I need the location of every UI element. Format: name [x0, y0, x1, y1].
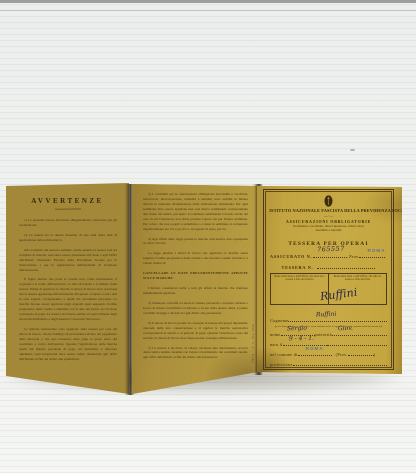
- nome-label: nome: [270, 332, 281, 337]
- title-divider: —·—: [268, 214, 389, 217]
- photo-backdrop: AVVERTENZE 1) La presente tessera dev'es…: [0, 0, 416, 473]
- professione-row: professione: [270, 360, 387, 367]
- nato-field-extra: [327, 340, 387, 346]
- prov-label: , Prov.: [347, 254, 360, 259]
- comune-field: ROMA: [298, 350, 332, 356]
- fascio-emblem-icon: [324, 195, 333, 207]
- panel-avvertenze: AVVERTENZE 1) La presente tessera dev'es…: [6, 183, 129, 397]
- avvertenze-paragraph-3: Alla scadenza del periodo suddetto, anch…: [19, 248, 117, 273]
- cognome-label: Cognome: [270, 318, 288, 323]
- backdrop-seam-line: [0, 10, 416, 11]
- nome-row: nome Sergio paternità Giov.: [270, 330, 387, 337]
- assicurato-number-field: 765557: [313, 252, 347, 258]
- avvertenze-paragraph-4: Il foglio interno che porta le caselle r…: [19, 277, 117, 321]
- card-content: ISTITUTO NAZIONALE FASCISTA DELLA PREVID…: [268, 192, 389, 367]
- cognome-row: Cognome Ruffini: [270, 316, 387, 323]
- nato-row: nato il 9 - 4 - 1.: [270, 340, 387, 347]
- avvertenze-paragraph-6: 3) I contributi per le assicurazioni obb…: [143, 192, 248, 232]
- avvertenze-paragraph-1: 1) La presente tessera dev'essere dilige…: [19, 218, 117, 228]
- prov2-field: [348, 350, 374, 356]
- avvertenze-paragraph-9: L'Istituto considererà nulle a tutti gli…: [143, 286, 248, 296]
- panel-avvertenze-continued: 3) I contributi per le assicurazioni obb…: [132, 183, 258, 397]
- comune-label: nel comune di: [270, 352, 298, 357]
- prov-stamp: ROMA: [367, 248, 385, 253]
- avvertenze-title: AVVERTENZE: [14, 197, 121, 205]
- insurance-types-line2: nuzialità e natalità: [268, 228, 389, 232]
- tessera-number-field: [317, 263, 375, 269]
- avvertenze-warning-caps: CANCELLARE LE DATE PRECEDENTEMENTE APPOS…: [143, 271, 248, 281]
- assicurato-label: ASSICURATO N.: [270, 254, 313, 259]
- comune-stamp: ROMA: [306, 346, 324, 351]
- avvertenze-paragraph-12: 7) La tessera è un titolo di valore; avv…: [143, 346, 248, 361]
- tessera-number-label: TESSERA N.: [282, 265, 314, 270]
- card-border-frame: ISTITUTO NAZIONALE FASCISTA DELLA PREVID…: [263, 189, 394, 370]
- cognome-handwritten: Ruffini: [316, 310, 337, 318]
- bollo-rilascio-cell: Bollo della Sede o dell'Ufficio che rila…: [271, 274, 328, 304]
- avvertenze-paragraph-5: Le marche assicurative sono applicate su…: [19, 327, 117, 362]
- prov2-label: (Prov.: [336, 352, 348, 357]
- dust-speck: [350, 149, 355, 151]
- avvertenze-paragraph-8: La legge punisce i datori di lavoro che …: [143, 251, 248, 266]
- prov2-close: ): [374, 352, 376, 357]
- backdrop-top-edge: [0, 0, 416, 3]
- tessera-document: AVVERTENZE 1) La presente tessera dev'es…: [6, 183, 402, 397]
- avvertenze-paragraph-2: 2) La tessera ha la durata massima di du…: [19, 233, 117, 243]
- nato-label: nato il: [270, 342, 283, 347]
- paternita-field: Giov.: [332, 330, 387, 336]
- professione-field: [293, 360, 387, 366]
- title-flourish: [54, 207, 80, 209]
- avvertenze-paragraph-10: 5) Chiunque contraffà od altera le tesse…: [143, 301, 248, 316]
- comune-row: nel comune di ROMA (Prov. ): [270, 350, 387, 357]
- avvertenze-paragraph-11: 6) Il datore di lavoro prende in consegn…: [143, 321, 248, 341]
- assicurato-row: ASSICURATO N. 765557 , Prov. ROMA: [270, 252, 387, 259]
- assicurato-number-handwritten: 765557: [316, 244, 344, 253]
- paternita-label: paternità: [315, 332, 332, 337]
- professione-label: professione: [270, 362, 293, 367]
- institute-title: ISTITUTO NAZIONALE FASCISTA DELLA PREVID…: [269, 208, 388, 213]
- nome-handwritten: Sergio: [286, 324, 306, 332]
- avvertenze-paragraph-7: 4) Agli effetti della legge penale le ma…: [143, 237, 248, 247]
- form-model-label: Mod. O. 1: [378, 182, 392, 186]
- paternita-handwritten: Giov.: [338, 324, 353, 332]
- panel-card-front: Mod. O. 1 ISTITUTO NAZIONALE FASCISTA DE…: [257, 183, 402, 397]
- cognome-field: Ruffini: [288, 316, 387, 322]
- prov-field: ROMA: [359, 252, 385, 258]
- tessera-number-row: TESSERA N.: [270, 263, 387, 270]
- nato-handwritten: 9 - 4 - 1.: [289, 334, 314, 342]
